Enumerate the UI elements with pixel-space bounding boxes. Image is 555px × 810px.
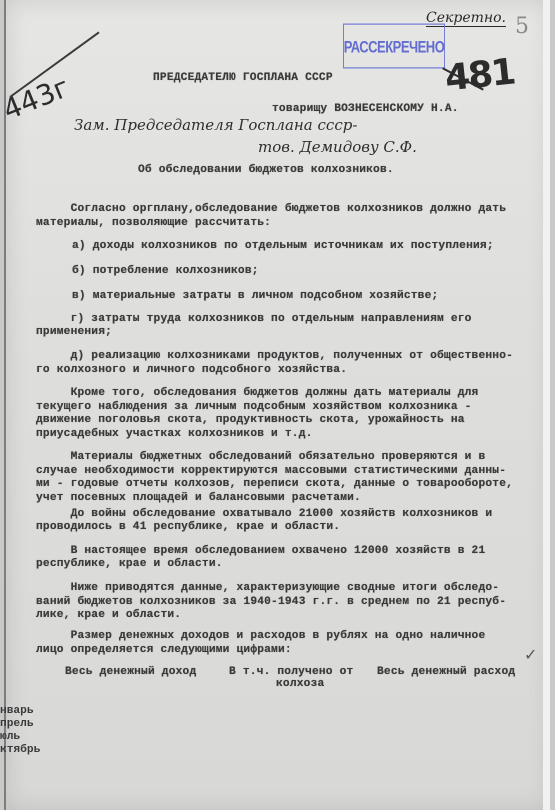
paragraph-line: лицо определяется следующими цифрами: [36, 644, 292, 656]
paragraph-line: приусадебных участках колхозников и т.д. [36, 428, 313, 440]
table-group-header: В т.ч. получено от [229, 666, 353, 678]
paragraph-line: материалы, позволяющие рассчитать: [36, 217, 271, 229]
table-row-label: ктябрь [0, 744, 40, 756]
checkmark-icon: ✓ [524, 645, 537, 664]
addressee-name: товарищу ВОЗНЕСЕНСКОМУ Н.А. [272, 103, 459, 115]
table-row-label: юль [0, 731, 20, 743]
page-edge [543, 0, 550, 810]
list-item-d-cont: го колхозного и личного подсобного хозяй… [36, 364, 347, 376]
paragraph-line: текущего наблюдения за личным подсобным … [36, 401, 472, 413]
paragraph-line: ми - годовые отчеты колхозов, переписи с… [36, 478, 513, 490]
paragraph-line: До войны обследование охватывало 21000 х… [36, 508, 492, 520]
declassified-stamp: РАССЕКРЕЧЕНО [343, 24, 445, 69]
paragraph-line: Согласно оргплану,обследование бюджетов … [36, 203, 506, 215]
list-item-b: б) потребление колхозников; [72, 265, 259, 277]
table-group-header: колхоза [276, 678, 324, 690]
document-subject: Об обследовании бюджетов колхозников. [138, 164, 394, 176]
paragraph-line: Размер денежных доходов и расходов в руб… [36, 630, 485, 642]
paragraph-line: движение поголовья скота, продуктивность… [36, 414, 465, 426]
paragraph-line: учет посевных площадей и балансовыми рас… [36, 492, 361, 504]
page-number: 5 [515, 14, 529, 39]
list-item-g: г) затраты труда колхозников по отдельны… [36, 313, 472, 325]
list-item-a: а) доходы колхозников по отдельным источ… [72, 240, 494, 252]
paragraph-line: ваний бюджетов колхозников за 1940-1943 … [36, 596, 506, 608]
list-item-d: д) реализацию колхозниками продуктов, по… [36, 350, 513, 362]
table-group-header: Весь денежный расход [377, 666, 515, 678]
paragraph-line: В настоящее время обследованием охвачено… [36, 545, 485, 557]
paragraph-line: Ниже приводятся данные, характеризующие … [36, 582, 499, 594]
handwritten-line-2: тов. Демидову С.Ф. [258, 138, 417, 156]
paragraph-line: случае необходимости корректируются масс… [36, 465, 506, 477]
handwritten-line-1: Зам. Председателя Госплана ссср- [74, 116, 357, 134]
table-group-header: Весь денежный доход [65, 666, 196, 678]
paragraph-line: проводилось в 41 республике, крае и обла… [36, 521, 340, 533]
list-item-g-cont: применения; [36, 326, 112, 338]
paragraph-line: Материалы бюджетных обследований обязате… [36, 451, 485, 463]
addressee-title: ПРЕДСЕДАТЕЛЮ ГОСПЛАНА СССР [153, 72, 333, 84]
table-row-label: нварь [0, 705, 34, 717]
table-row-label: прель [0, 718, 34, 730]
list-item-v: в) материальные затраты в личном подсобн… [72, 290, 438, 302]
paragraph-line: Кроме того, обследования бюджетов должны… [36, 387, 478, 399]
paragraph-line: лике, крае и области. [36, 609, 181, 621]
paragraph-line: республике, крае и области. [36, 558, 223, 570]
